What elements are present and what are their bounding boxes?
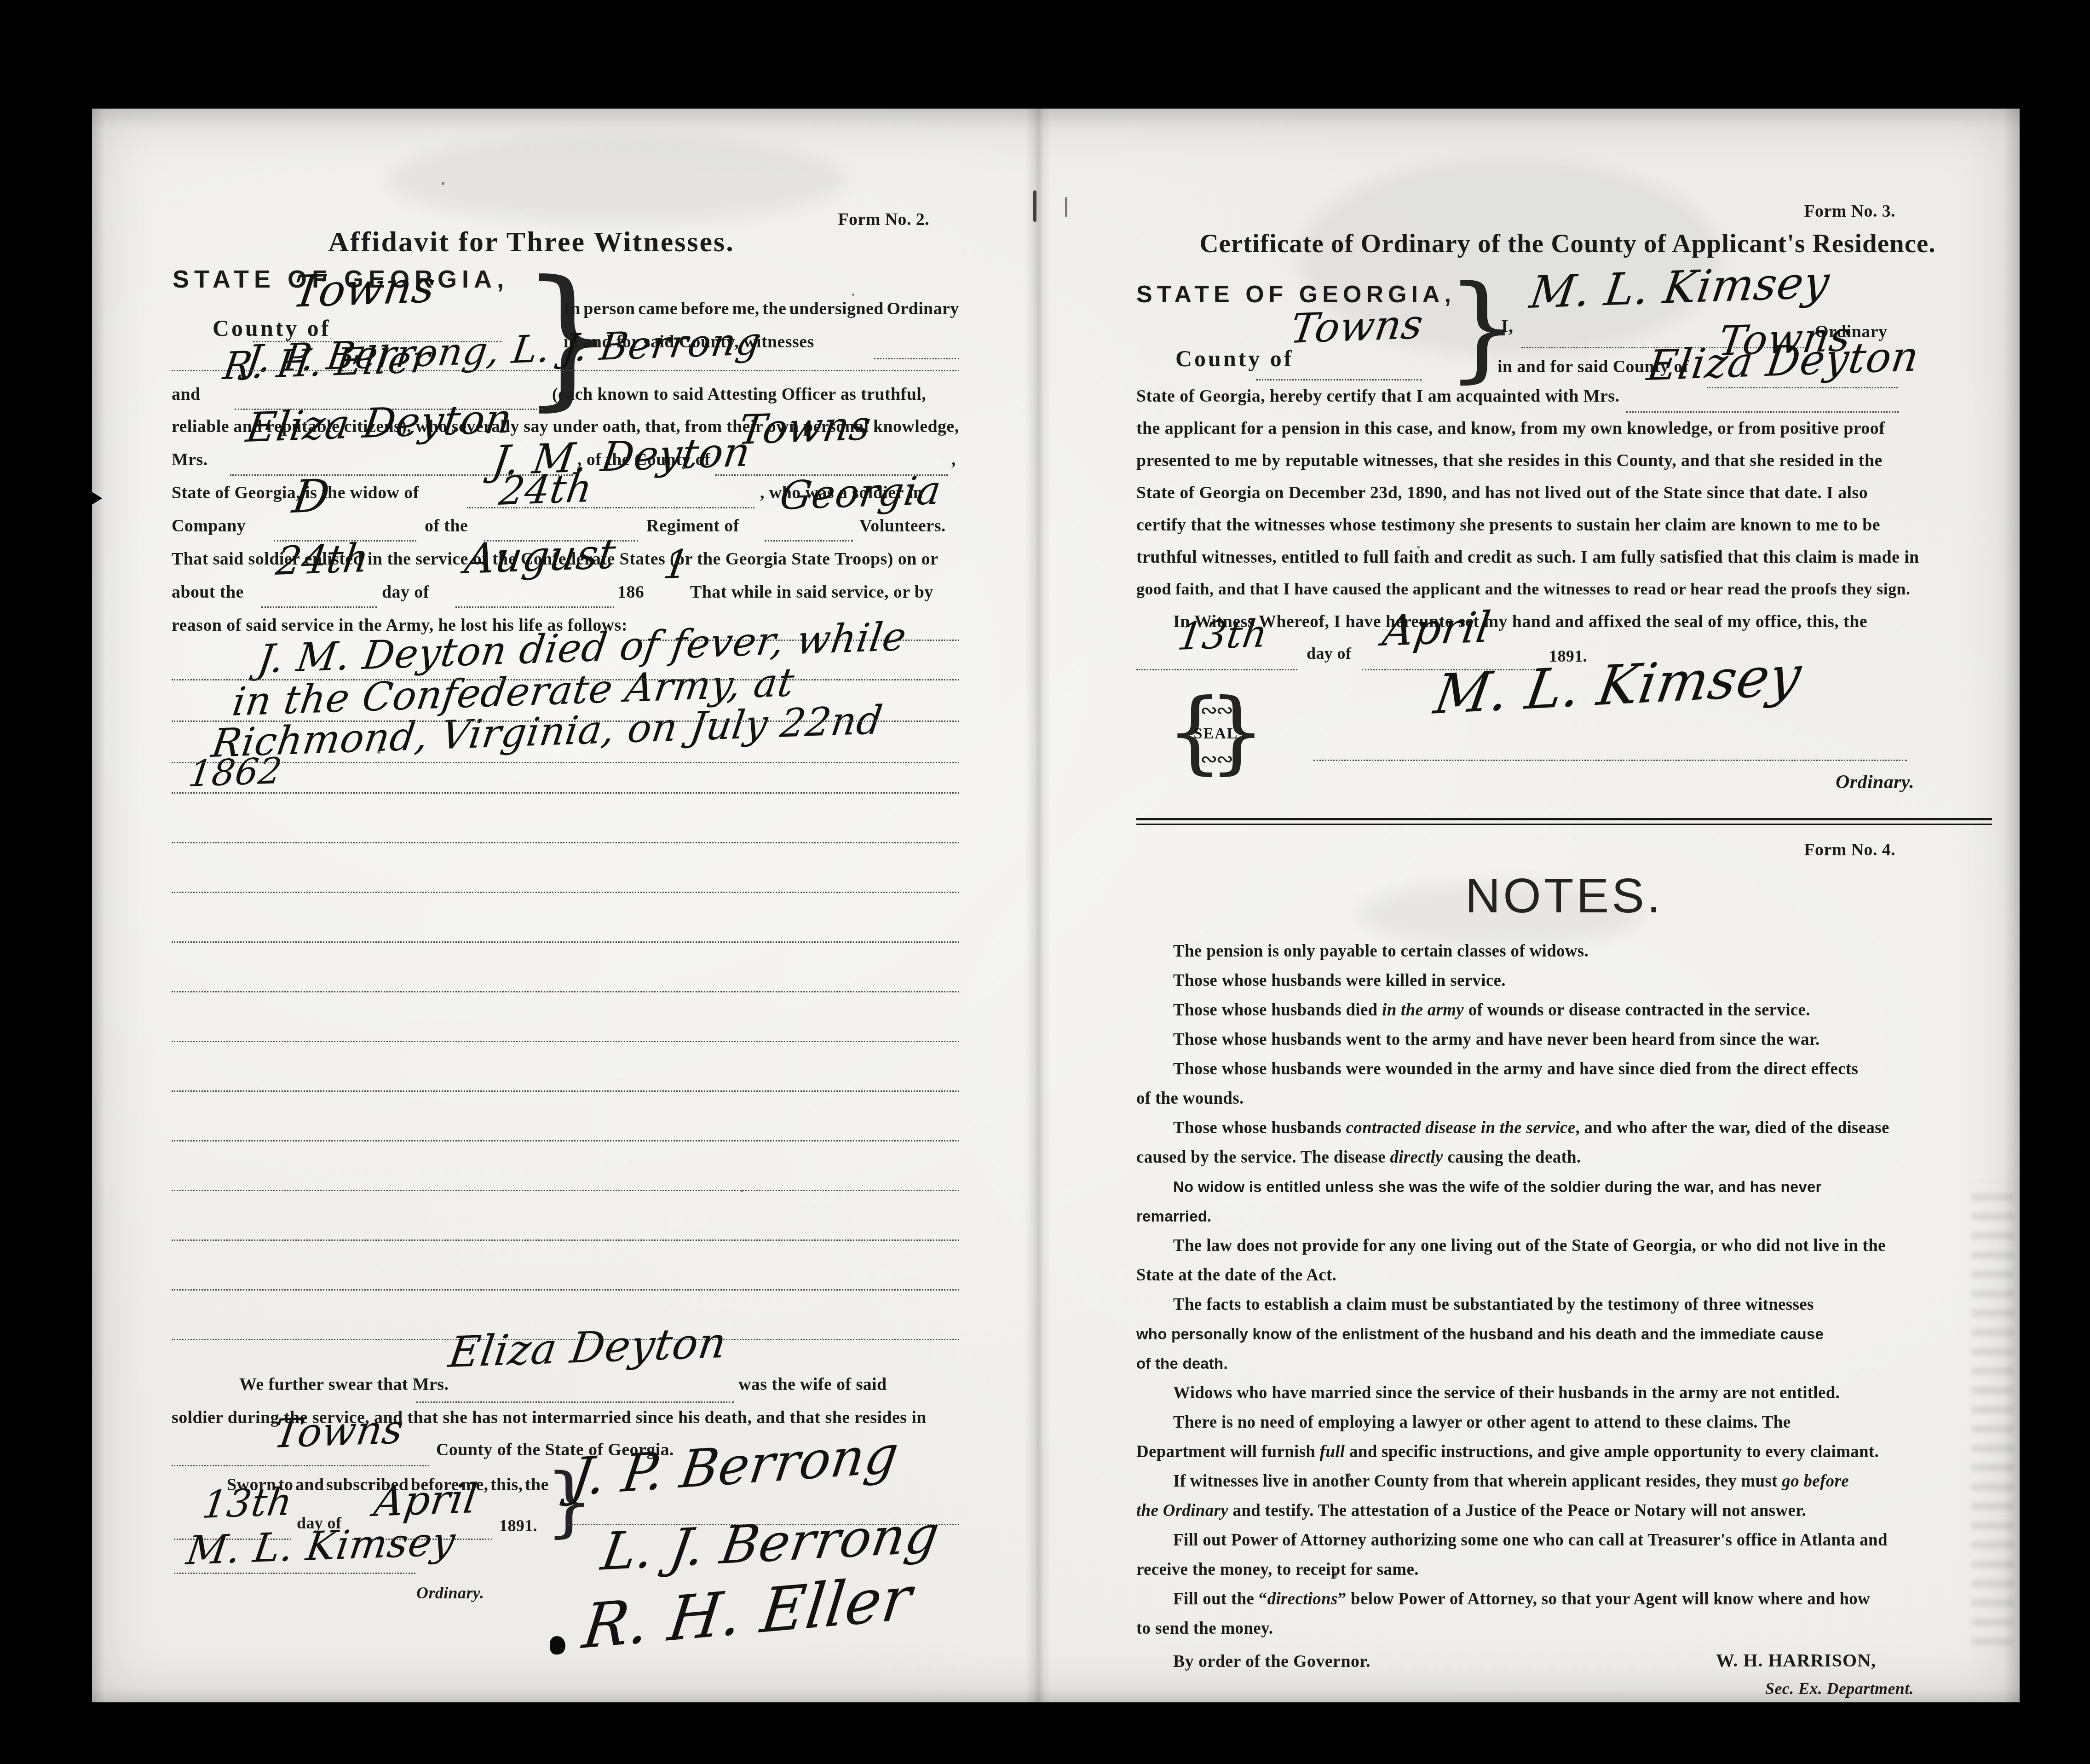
seal-flourish: ∾∾ <box>1170 748 1262 769</box>
ink-speck <box>377 750 380 754</box>
note-line: Those whose husbands were wounded in the… <box>1136 1055 1992 1084</box>
note-line: Department will furnish full and specifi… <box>1136 1437 1992 1467</box>
note-line: Widows who have married since the servic… <box>1136 1378 1992 1408</box>
note-segment: full <box>1320 1442 1345 1461</box>
dotted-line <box>172 792 959 794</box>
ordinary-label: Ordinary. <box>416 1583 484 1603</box>
handwritten-regiment-no: 24th <box>497 469 595 511</box>
edge-notch <box>91 491 102 505</box>
stamp-ghost <box>1971 1181 2014 1645</box>
note-segment: State at the date of the Act. <box>1136 1266 1336 1285</box>
note-segment: of the death. <box>1136 1355 1228 1372</box>
ink-speck <box>1347 1473 1351 1477</box>
ink-blot <box>550 1636 565 1654</box>
note-segment: who personally know of the enlistment of… <box>1136 1326 1824 1343</box>
dotted-line <box>1626 411 1899 413</box>
certificate-line-1: State of Georgia, hereby certify that I … <box>1136 386 1631 408</box>
volunteers-label: Volunteers. <box>859 515 946 537</box>
about-the-label: about the <box>172 582 244 604</box>
note-segment: Those whose husbands <box>1173 1118 1346 1137</box>
company-label: Company <box>172 515 246 537</box>
ink-speck <box>1417 546 1420 548</box>
signature-label: Ordinary. <box>1836 770 1914 795</box>
note-segment: Those whose husbands died <box>1173 1001 1382 1020</box>
by-order-text: By order of the Governor. <box>1173 1651 1370 1673</box>
witness-whereof-text: In Witness Whereof, I have hereunto set … <box>1173 611 1992 633</box>
note-line: who personally know of the enlistment of… <box>1136 1320 1992 1349</box>
note-segment: Widows who have married since the servic… <box>1173 1384 1840 1402</box>
note-line: Those whose husbands died in the army of… <box>1136 996 1992 1025</box>
form-number-3: Form No. 3. <box>1700 201 1895 223</box>
note-segment: Those whose husbands were killed in serv… <box>1173 971 1506 990</box>
note-line: the Ordinary and testify. The attestatio… <box>1136 1496 1992 1526</box>
dotted-line <box>1256 379 1422 380</box>
fold-mark <box>1065 197 1067 217</box>
dotted-line <box>172 842 959 843</box>
note-line: Those whose husbands went to the army an… <box>1136 1025 1992 1055</box>
dotted-line <box>172 1190 959 1191</box>
note-segment: Fill out Power of Attorney authorizing s… <box>1173 1531 1888 1550</box>
note-segment: receive the money, to receipt for same. <box>1136 1560 1419 1579</box>
dotted-line <box>1136 669 1297 670</box>
note-segment: ” below Power of Attorney, so that your … <box>1338 1590 1870 1608</box>
while-in-text: That while in said service, or by <box>690 582 959 604</box>
fold-mark <box>1033 190 1036 222</box>
bleed-through-smudge <box>1357 882 1642 946</box>
further-swear-text: We further swear that Mrs. <box>239 1374 449 1396</box>
note-segment: go before <box>1782 1472 1849 1491</box>
handwritten-regiment-state: Georgia <box>777 471 944 516</box>
handwritten-sworn-day: 13th <box>200 1483 295 1524</box>
secretary-title: Sec. Ex. Department. <box>1765 1678 1914 1699</box>
note-segment: caused by the service. The disease <box>1136 1148 1390 1167</box>
note-segment: The facts to establish a claim must be s… <box>1173 1295 1814 1314</box>
bleed-through-smudge <box>1297 159 1721 357</box>
handwritten-county-2: Towns <box>736 405 874 450</box>
dotted-line <box>261 606 377 608</box>
sworn-year: 1891. <box>499 1516 537 1536</box>
handwritten-witness-3: R. H. Eller <box>221 340 432 386</box>
note-line: Those whose husbands were killed in serv… <box>1136 966 1992 996</box>
note-segment: of wounds or disease contracted in the s… <box>1464 1001 1810 1020</box>
dotted-line <box>455 606 614 608</box>
mrs-label: Mrs. <box>172 449 208 471</box>
dotted-line <box>172 1140 959 1141</box>
handwritten-seal-day: 13th <box>1175 615 1270 656</box>
note-segment: There is no need of employing a lawyer o… <box>1173 1413 1791 1432</box>
note-segment: The law does not provide for any one liv… <box>1173 1236 1886 1255</box>
secretary-name: W. H. HARRISON, <box>1716 1649 1876 1672</box>
handwritten-residence-county: Towns <box>271 1410 406 1454</box>
note-segment: , and who after the war, died of the dis… <box>1575 1118 1889 1137</box>
handwritten-seal-month: April <box>1380 606 1493 652</box>
dotted-line <box>416 1401 734 1403</box>
handwritten-enlist-month: August <box>462 533 618 580</box>
handwritten-wife: Eliza Deyton <box>446 1321 729 1374</box>
certificate-line-5: certify that the witnesses whose testimo… <box>1136 514 1992 536</box>
dotted-line <box>172 892 959 893</box>
note-line: caused by the service. The disease direc… <box>1136 1143 1992 1172</box>
note-line: If witnesses live in another County from… <box>1136 1467 1992 1496</box>
note-segment: No widow is entitled unless she was the … <box>1173 1178 1822 1195</box>
note-line: Fill out the “directions” below Power of… <box>1136 1585 1992 1614</box>
ink-speck <box>741 1190 743 1192</box>
dotted-line <box>172 721 959 722</box>
note-line: Fill out Power of Attorney authorizing s… <box>1136 1526 1992 1555</box>
document-sheet: Form No. 2. Affidavit for Three Witnesse… <box>92 109 2020 1702</box>
note-segment: If witnesses live in another County from… <box>1173 1472 1782 1491</box>
dotted-line <box>172 941 959 943</box>
day-of-label: day of <box>1307 643 1351 664</box>
note-line: The law does not provide for any one liv… <box>1136 1231 1992 1261</box>
note-line: No widow is entitled unless she was the … <box>1136 1172 1992 1202</box>
handwritten-signature-3: R. H. Eller <box>580 1568 915 1658</box>
note-segment: of the wounds. <box>1136 1089 1244 1108</box>
seal-label: SEAL <box>1170 725 1262 743</box>
seal-flourish: ∾∾ <box>1170 699 1262 721</box>
notes-list: The pension is only payable to certain c… <box>1136 937 1992 1643</box>
year-prefix: 186 <box>617 582 644 604</box>
note-segment: Those whose husbands went to the army an… <box>1173 1030 1820 1049</box>
certificate-line-3: presented to me by reputable witnesses, … <box>1136 450 1992 472</box>
certificate-line-2: the applicant for a pension in this case… <box>1136 418 1992 440</box>
fold-shadow <box>1025 109 1051 1702</box>
note-segment: Department will furnish <box>1136 1442 1320 1461</box>
dotted-line <box>172 1239 959 1241</box>
note-segment: contracted disease in the service <box>1346 1118 1575 1137</box>
note-line: Those whose husbands contracted disease … <box>1136 1113 1992 1143</box>
scanned-document-frame: Form No. 2. Affidavit for Three Witnesse… <box>0 0 2090 1764</box>
note-segment: causing the death. <box>1443 1148 1581 1167</box>
handwritten-sworn-month: April <box>372 1478 480 1522</box>
note-segment: the Ordinary <box>1136 1501 1228 1520</box>
dotted-line <box>172 1041 959 1042</box>
note-segment: remarried. <box>1136 1208 1211 1225</box>
handwritten-enlist-day: 24th <box>274 539 372 581</box>
note-segment: Those whose husbands were wounded in the… <box>1173 1060 1858 1078</box>
section-divider <box>1136 818 1992 825</box>
note-segment: and specific instructions, and give ampl… <box>1345 1442 1879 1461</box>
regiment-of-label: Regiment of <box>646 515 739 537</box>
note-segment: in the army <box>1382 1001 1464 1020</box>
handwritten-signature: M. L. Kimsey <box>1431 648 1805 722</box>
day-of-label: day of <box>382 582 429 604</box>
dotted-line <box>174 1573 415 1574</box>
handwritten-county: Towns <box>290 265 438 314</box>
note-line: remarried. <box>1136 1202 1992 1231</box>
handwritten-enlist-year: 1 <box>661 545 692 585</box>
dotted-line <box>172 679 959 680</box>
and-label: and <box>172 384 200 406</box>
dotted-line <box>874 358 959 359</box>
each-known-text: (each known to said Attesting Officer as… <box>552 384 959 406</box>
ink-speck <box>1334 1572 1337 1578</box>
ink-speck <box>852 294 854 296</box>
dotted-line <box>765 540 853 542</box>
came-before-text: In person came before me, the undersigne… <box>564 298 959 320</box>
dotted-line <box>1313 760 1907 761</box>
note-line: of the wounds. <box>1136 1084 1992 1113</box>
certificate-line-6: truthful witnesses, entitled to full fai… <box>1136 547 1992 569</box>
form-number-4: Form No. 4. <box>1700 839 1895 861</box>
handwritten-company: D <box>290 473 333 520</box>
bleed-through-smudge <box>386 136 846 224</box>
note-line: State at the date of the Act. <box>1136 1261 1992 1290</box>
handwritten-ordinary-signature: M. L. Kimsey <box>184 1522 458 1571</box>
dotted-line <box>172 762 959 763</box>
note-line: receive the money, to receipt for same. <box>1136 1555 1992 1585</box>
note-segment: and testify. The attestation of a Justic… <box>1228 1501 1806 1520</box>
handwritten-applicant: Eliza Deyton <box>244 398 515 448</box>
certificate-line-4: State of Georgia on December 23d, 1890, … <box>1136 482 1992 504</box>
note-line: There is no need of employing a lawyer o… <box>1136 1408 1992 1437</box>
note-segment: directions <box>1267 1590 1338 1608</box>
handwritten-applicant: Eliza Deyton <box>1645 336 1922 387</box>
wife-suffix-text: was the wife of said <box>738 1374 887 1396</box>
county-label: County of <box>1175 344 1294 373</box>
note-segment: to send the money. <box>1136 1619 1273 1638</box>
left-page-affidavit: Form No. 2. Affidavit for Three Witnesse… <box>92 109 1037 1702</box>
handwritten-death-4: 1862 <box>186 753 284 792</box>
dotted-line <box>172 1090 959 1092</box>
dotted-line <box>1707 387 1898 388</box>
ink-speck <box>442 182 444 185</box>
note-line: The facts to establish a claim must be s… <box>1136 1290 1992 1320</box>
note-line: to send the money. <box>1136 1614 1992 1643</box>
dotted-line <box>172 991 959 992</box>
comma: , <box>951 449 956 471</box>
note-segment: directly <box>1390 1148 1443 1167</box>
note-line: of the death. <box>1136 1349 1992 1378</box>
dotted-line <box>172 1465 429 1466</box>
certificate-line-7: good faith, and that I have caused the a… <box>1136 579 1910 600</box>
of-the-label: of the <box>425 515 468 537</box>
note-segment: Fill out the “ <box>1173 1590 1267 1608</box>
dotted-line <box>172 1289 959 1291</box>
seal: { } ∾∾ SEAL ∾∾ <box>1170 689 1262 777</box>
